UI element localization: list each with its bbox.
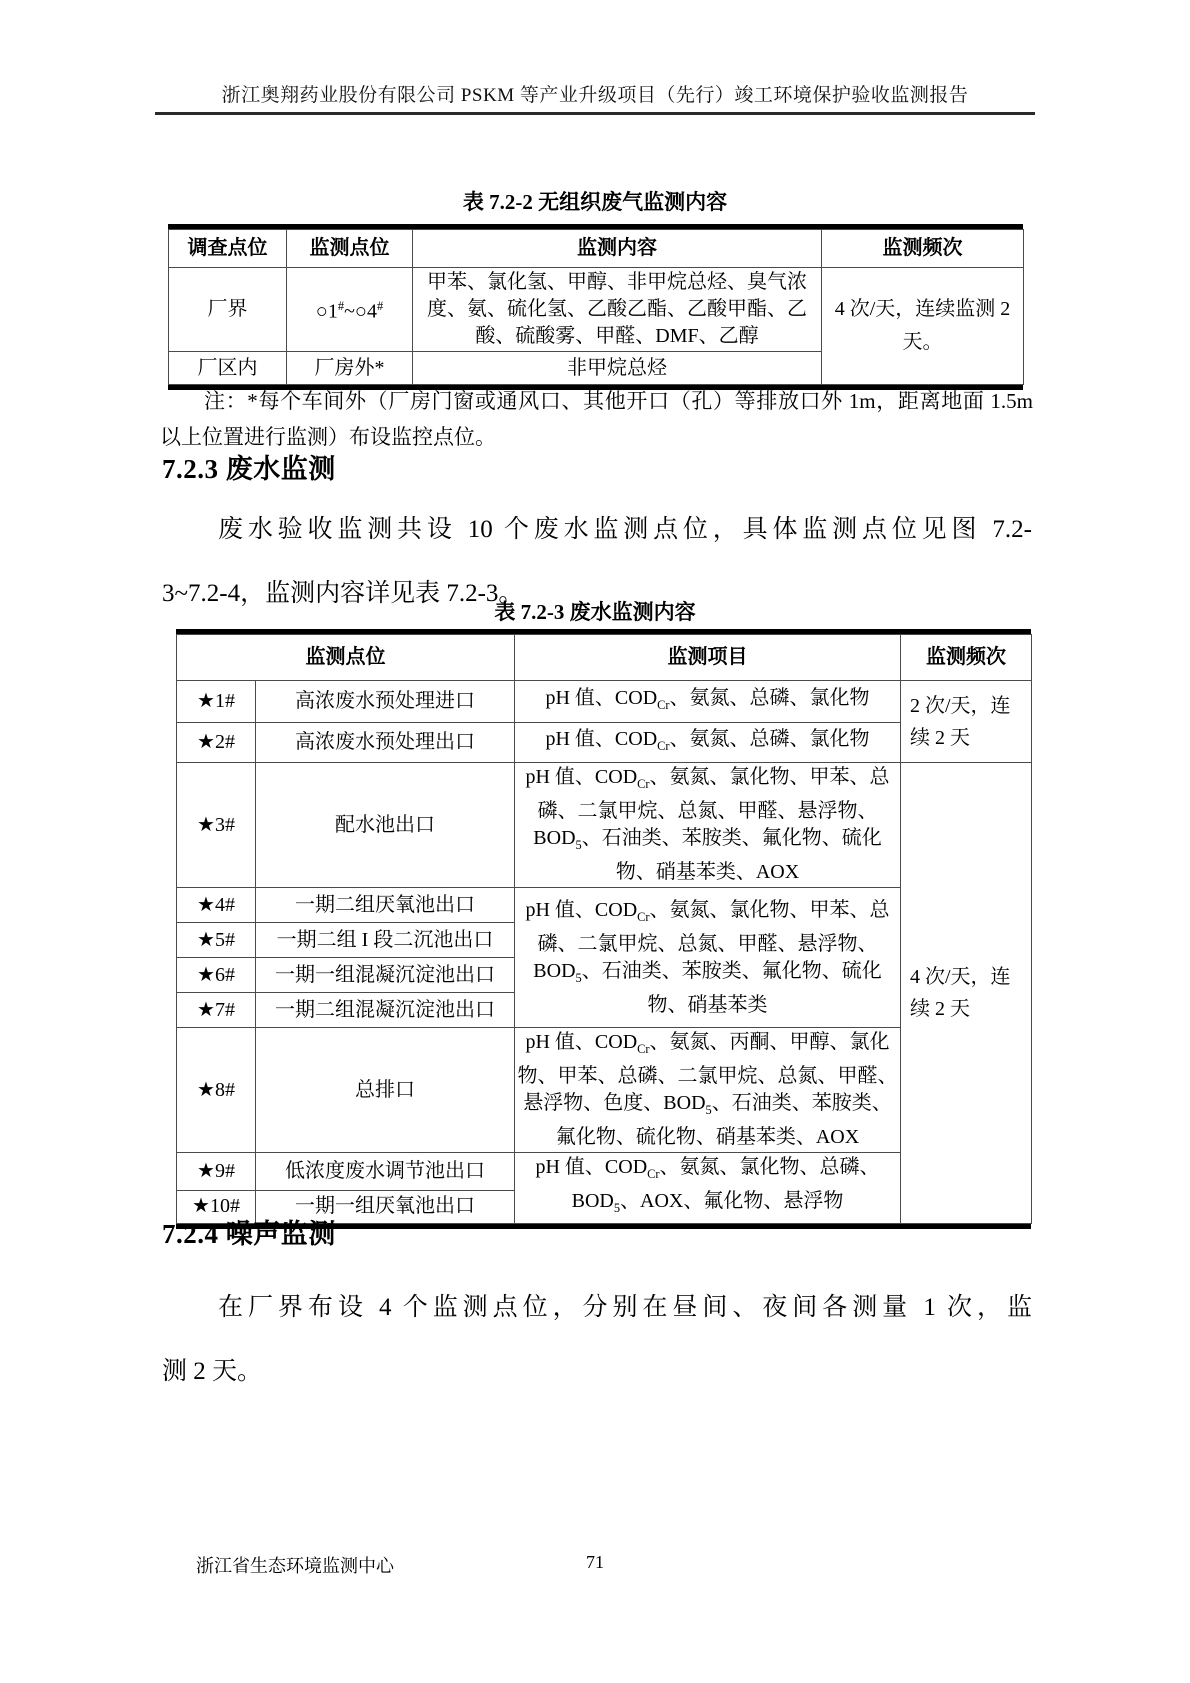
ww-point-id: ★4# (177, 888, 256, 923)
gas-content-cell: 甲苯、氯化氢、甲醇、非甲烷总烃、臭气浓度、氨、硫化氢、乙酸乙酯、乙酸甲酯、乙酸、… (413, 268, 822, 352)
noise-paragraph: 在厂界布设 4 个监测点位，分别在昼间、夜间各测量 1 次，监 测 2 天。 (162, 1276, 1032, 1404)
ww-point-name: 一期二组混凝沉淀池出口 (256, 993, 515, 1028)
ww-frequency-cell: 4 次/天，连续 2 天 (901, 763, 1032, 1224)
ww-col-frequency: 监测频次 (901, 635, 1032, 681)
paragraph-line: 在厂界布设 4 个监测点位，分别在昼间、夜间各测量 1 次，监 (162, 1276, 1032, 1340)
gas-col-frequency: 监测频次 (822, 230, 1024, 268)
note-line: 注：*每个车间外（厂房门窗或通风口、其他开口（孔）等排放口外 1m，距离地面 1… (160, 383, 1033, 419)
ww-point-name: 高浓废水预处理进口 (256, 681, 515, 723)
document-header-title: 浙江奥翔药业股份有限公司 PSKM 等产业升级项目（先行）竣工环境保护验收监测报… (155, 80, 1035, 107)
gas-survey-point-cell: 厂界 (169, 268, 287, 352)
section-heading-noise: 7.2.4 噪声监测 (162, 1212, 336, 1251)
ww-point-id: ★5# (177, 923, 256, 958)
ww-point-id: ★8# (177, 1028, 256, 1153)
gas-table-note: 注：*每个车间外（厂房门窗或通风口、其他开口（孔）等排放口外 1m，距离地面 1… (160, 383, 1033, 455)
gas-monitor-point-cell: ○1#~○4# (287, 268, 413, 352)
ww-point-id: ★3# (177, 763, 256, 888)
ww-items-cell: pH 值、CODCr、氨氮、总磷、氯化物 (515, 681, 901, 723)
document-page: 浙江奥翔药业股份有限公司 PSKM 等产业升级项目（先行）竣工环境保护验收监测报… (0, 0, 1190, 1683)
ww-point-id: ★1# (177, 681, 256, 723)
ww-point-id: ★7# (177, 993, 256, 1028)
ww-point-id: ★9# (177, 1153, 256, 1191)
gas-col-content: 监测内容 (413, 230, 822, 268)
gas-table-header-row: 调查点位 监测点位 监测内容 监测频次 (169, 230, 1024, 268)
gas-frequency-cell: 4 次/天，连续监测 2 天。 (822, 268, 1024, 385)
gas-monitor-point-cell: 厂房外* (287, 352, 413, 385)
ww-point-name: 一期二组 I 段二沉池出口 (256, 923, 515, 958)
ww-point-id: ★6# (177, 958, 256, 993)
wastewater-table-header-row: 监测点位 监测项目 监测频次 (177, 635, 1032, 681)
ww-row-1: ★1# 高浓废水预处理进口 pH 值、CODCr、氨氮、总磷、氯化物 2 次/天… (177, 681, 1032, 723)
ww-col-items: 监测项目 (515, 635, 901, 681)
ww-point-name: 总排口 (256, 1028, 515, 1153)
gas-col-monitor-point: 监测点位 (287, 230, 413, 268)
ww-col-monitor-point: 监测点位 (177, 635, 515, 681)
gas-monitoring-table: 调查点位 监测点位 监测内容 监测频次 厂界 ○1#~○4# 甲苯、氯化氢、甲醇… (168, 224, 1023, 390)
ww-point-id: ★2# (177, 723, 256, 763)
ww-point-name: 配水池出口 (256, 763, 515, 888)
ww-items-cell-shared: pH 值、CODCr、氨氮、氯化物、总磷、BOD5、AOX、氟化物、悬浮物 (515, 1153, 901, 1224)
ww-point-name: 一期二组厌氧池出口 (256, 888, 515, 923)
gas-table-row-boundary: 厂界 ○1#~○4# 甲苯、氯化氢、甲醇、非甲烷总烃、臭气浓度、氨、硫化氢、乙酸… (169, 268, 1024, 352)
ww-items-cell: pH 值、CODCr、氨氮、丙酮、甲醇、氯化物、甲苯、总磷、二氯甲烷、总氮、甲醛… (515, 1028, 901, 1153)
ww-row-3: ★3# 配水池出口 pH 值、CODCr、氨氮、氯化物、甲苯、总磷、二氯甲烷、总… (177, 763, 1032, 888)
ww-items-cell-shared: pH 值、CODCr、氨氮、氯化物、甲苯、总磷、二氯甲烷、总氮、甲醛、悬浮物、B… (515, 888, 901, 1028)
ww-point-name: 低浓度废水调节池出口 (256, 1153, 515, 1191)
gas-table-title: 表 7.2-2 无组织废气监测内容 (160, 186, 1030, 216)
ww-point-name: 高浓废水预处理出口 (256, 723, 515, 763)
ww-point-name: 一期一组混凝沉淀池出口 (256, 958, 515, 993)
page-number: 71 (0, 1552, 1190, 1573)
ww-items-cell: pH 值、CODCr、氨氮、总磷、氯化物 (515, 723, 901, 763)
gas-content-cell: 非甲烷总烃 (413, 352, 822, 385)
gas-col-survey-point: 调查点位 (169, 230, 287, 268)
ww-items-cell: pH 值、CODCr、氨氮、氯化物、甲苯、总磷、二氯甲烷、总氮、甲醛、悬浮物、B… (515, 763, 901, 888)
wastewater-table-title: 表 7.2-3 废水监测内容 (160, 596, 1030, 626)
section-heading-wastewater: 7.2.3 废水监测 (162, 447, 336, 486)
header-divider-rule (155, 112, 1035, 115)
paragraph-line: 废水验收监测共设 10 个废水监测点位，具体监测点位见图 7.2- (162, 498, 1032, 562)
gas-survey-point-cell: 厂区内 (169, 352, 287, 385)
paragraph-line: 测 2 天。 (162, 1340, 1032, 1404)
ww-frequency-cell: 2 次/天，连续 2 天 (901, 681, 1032, 763)
wastewater-monitoring-table: 监测点位 监测项目 监测频次 ★1# 高浓废水预处理进口 pH 值、CODCr、… (176, 629, 1031, 1229)
